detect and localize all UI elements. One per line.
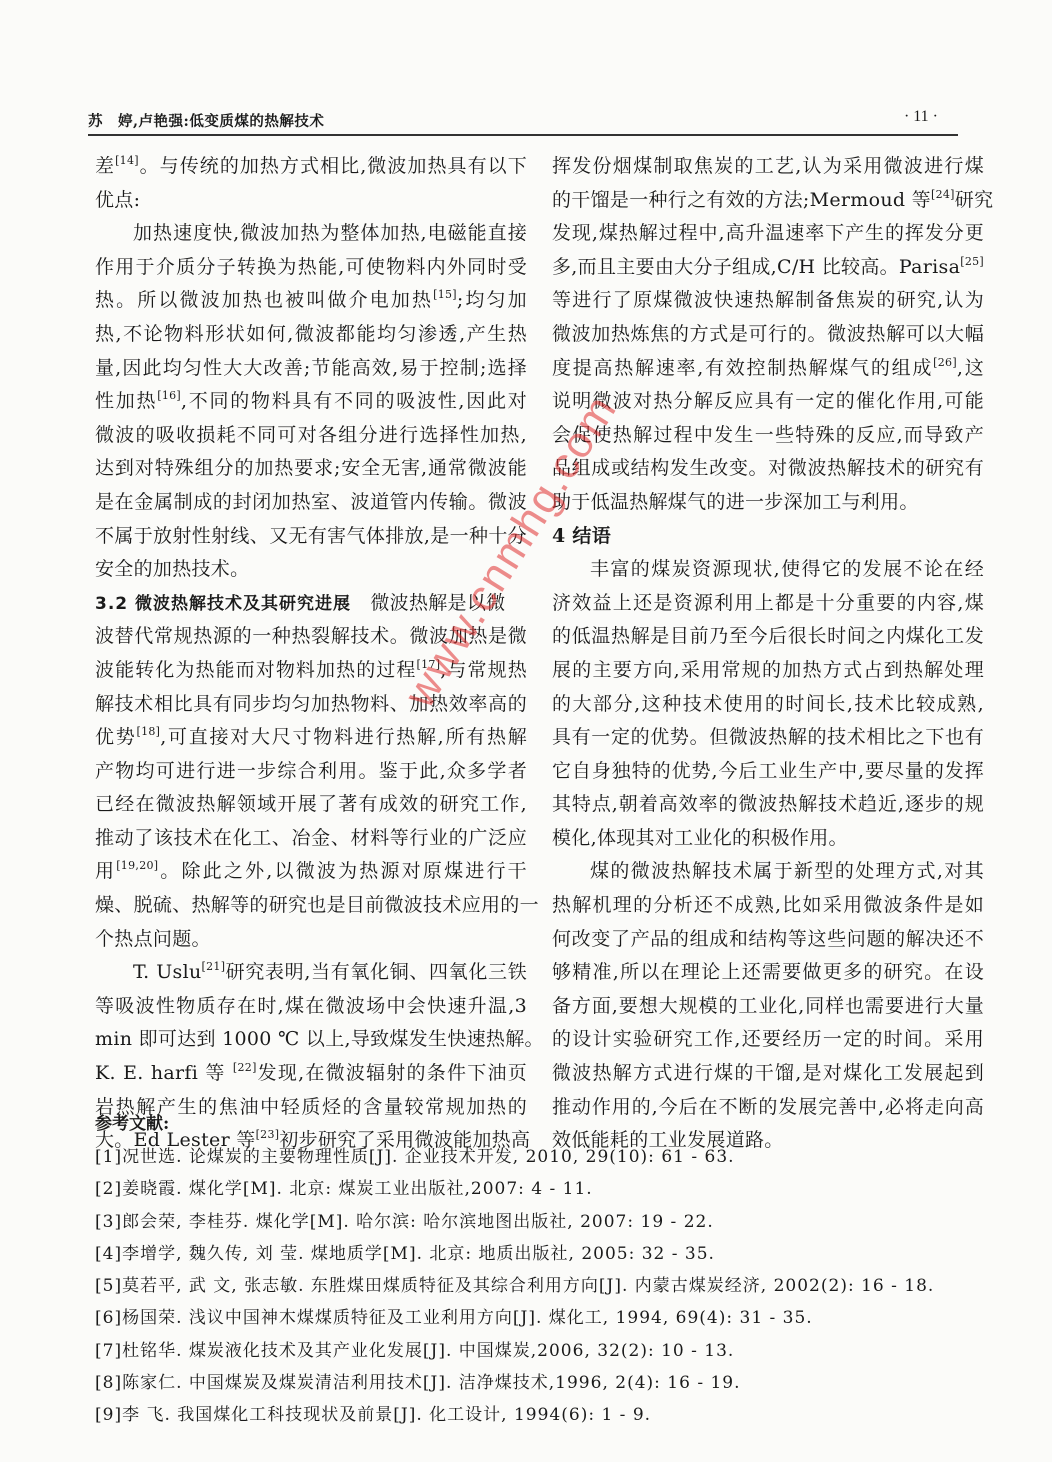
line-text-tail: ,与常规热 [440, 659, 527, 681]
line-text: 用 [95, 860, 116, 882]
text-line: 优势[18],可直接对大尺寸物料进行热解,所有热解 [95, 721, 527, 755]
text-line: 助于低温热解煤气的进一步深加工与利用。 [552, 486, 984, 520]
reference-item: [4]李增学, 魏久传, 刘 莹. 煤地质学[M]. 北京: 地质出版社, 20… [95, 1238, 975, 1270]
citation-marker: [21] [202, 960, 226, 973]
line-text-tail: 。与传统的加热方式相比,微波加热具有以下 [139, 155, 527, 177]
reference-item: [6]杨国荣. 浅议中国神木煤煤质特征及工业利用方向[J]. 煤化工, 1994… [95, 1302, 975, 1334]
text-line: 够精准,所以在理论上还需要做更多的研究。在设 [552, 956, 984, 990]
line-text: 量,因此均匀性大大改善;节能高效,易于控制;选择 [95, 357, 527, 379]
line-text: 优势 [95, 726, 136, 748]
line-text: 具有一定的优势。但微波热解的技术相比之下也有 [552, 726, 984, 748]
line-text: 热,不论物料形状如何,微波都能均匀渗透,产生热 [95, 323, 527, 345]
text-line: 用[19,20]。除此之外,以微波为热源对原煤进行干 [95, 855, 527, 889]
line-text: 其特点,朝着高效率的微波热解技术趋近,逐步的规 [552, 793, 984, 815]
text-line: 的低温热解是目前乃至今后很长时间之内煤化工发 [552, 620, 984, 654]
line-text: 煤的微波热解技术属于新型的处理方式,对其 [590, 860, 984, 882]
text-line: 热。所以微波加热也被叫做介电加热[15];均匀加 [95, 284, 527, 318]
text-line: 微波热解方式进行煤的干馏,是对煤化工发展起到 [552, 1057, 984, 1091]
text-line: 它自身独特的优势,今后工业生产中,要尽量的发挥 [552, 755, 984, 789]
text-line: 煤的微波热解技术属于新型的处理方式,对其 [552, 855, 984, 889]
line-text: 推动了该技术在化工、冶金、材料等行业的广泛应 [95, 827, 527, 849]
line-text: 会促使热解过程中发生一些特殊的反应,而导致产 [552, 424, 984, 446]
text-line: 微波的吸收损耗不同可对各组分进行选择性加热, [95, 419, 527, 453]
text-line: 其特点,朝着高效率的微波热解技术趋近,逐步的规 [552, 788, 984, 822]
line-text: 的干馏是一种行之有效的方法;Mermoud 等 [552, 189, 931, 211]
line-text: 微波的吸收损耗不同可对各组分进行选择性加热, [95, 424, 527, 446]
left-column: 差[14]。与传统的加热方式相比,微波加热具有以下优点:加热速度快,微波加热为整… [95, 150, 527, 1158]
line-text: 模化,体现其对工业化的积极作用。 [552, 827, 848, 849]
line-text: 助于低温热解煤气的进一步深加工与利用。 [552, 491, 919, 513]
text-line: 品组成或结构发生改变。对微波热解技术的研究有 [552, 452, 984, 486]
line-text-tail: 发现,在微波辐射的条件下油页 [257, 1062, 527, 1084]
text-line: 达到对特殊组分的加热要求;安全无害,通常微波能 [95, 452, 527, 486]
text-line: 何改变了产品的组成和结构等这些问题的解决还不 [552, 923, 984, 957]
text-line: 热,不论物料形状如何,微波都能均匀渗透,产生热 [95, 318, 527, 352]
text-line: 安全的加热技术。 [95, 553, 527, 587]
text-line: 挥发份烟煤制取焦炭的工艺,认为采用微波进行煤 [552, 150, 984, 184]
text-line: 的设计实验研究工作,还要经历一定的时间。采用 [552, 1023, 984, 1057]
text-line: 推动了该技术在化工、冶金、材料等行业的广泛应 [95, 822, 527, 856]
references-list: [1]况世选. 论煤炭的主要物理性质[J]. 企业技术开发, 2010, 29(… [95, 1141, 975, 1432]
text-line: 发现,煤热解过程中,高升温速率下产生的挥发分更 [552, 217, 984, 251]
line-text: 微波加热炼焦的方式是可行的。微波热解可以大幅 [552, 323, 984, 345]
reference-item: [1]况世选. 论煤炭的主要物理性质[J]. 企业技术开发, 2010, 29(… [95, 1141, 975, 1173]
line-text: 度提高热解速率,有效控制热解煤气的组成 [552, 357, 933, 379]
line-text: 热解机理的分析还不成熟,比如采用微波条件是如 [552, 894, 984, 916]
text-line: 燥、脱硫、热解等的研究也是目前微波技术应用的一 [95, 889, 527, 923]
citation-marker: [24] [931, 188, 955, 201]
page-number: · 11 · [904, 108, 938, 126]
line-text: 波能转化为热能而对物料加热的过程 [95, 659, 417, 681]
line-text: 说明微波对热分解反应具有一定的催化作用,可能 [552, 390, 984, 412]
text-line: 4 结语 [552, 520, 984, 554]
line-text: 热。所以微波加热也被叫做介电加热 [95, 289, 433, 311]
line-text: 是在金属制成的封闭加热室、波道管内传输。微波 [95, 491, 527, 513]
text-line: 是在金属制成的封闭加热室、波道管内传输。微波 [95, 486, 527, 520]
line-text: 波替代常规热源的一种热裂解技术。微波加热是微 [95, 625, 527, 647]
line-text: 个热点问题。 [95, 928, 211, 950]
reference-item: [7]杜铭华. 煤炭液化技术及其产业化发展[J]. 中国煤炭,2006, 32(… [95, 1335, 975, 1367]
citation-marker: [14] [115, 154, 139, 167]
text-line: 解技术相比具有同步均匀加热物料、加热效率高的 [95, 688, 527, 722]
line-text: 达到对特殊组分的加热要求;安全无害,通常微波能 [95, 457, 527, 479]
text-line: 波能转化为热能而对物料加热的过程[17],与常规热 [95, 654, 527, 688]
line-text: 的设计实验研究工作,还要经历一定的时间。采用 [552, 1028, 984, 1050]
text-line: 济效益上还是资源利用上都是十分重要的内容,煤 [552, 587, 984, 621]
right-column: 挥发份烟煤制取焦炭的工艺,认为采用微波进行煤的干馏是一种行之有效的方法;Merm… [552, 150, 984, 1158]
section-heading: 3.2 微波热解技术及其研究进展 [95, 594, 351, 614]
line-text: 展的主要方向,采用常规的加热方式占到热解处理 [552, 659, 984, 681]
citation-marker: [18] [136, 725, 160, 738]
text-line: 3.2 微波热解技术及其研究进展 微波热解是以微 [95, 587, 527, 621]
line-text: 产物均可进行进一步综合利用。鉴于此,众多学者 [95, 760, 527, 782]
line-text-tail: 研究 [955, 189, 994, 211]
text-line: 丰富的煤炭资源现状,使得它的发展不论在经 [552, 553, 984, 587]
text-line: 个热点问题。 [95, 923, 527, 957]
line-text: 不属于放射性射线、又无有害气体排放,是一种十分 [95, 525, 527, 547]
text-line: 等进行了原煤微波快速热解制备焦炭的研究,认为 [552, 284, 984, 318]
text-line: 的干馏是一种行之有效的方法;Mermoud 等[24]研究 [552, 184, 984, 218]
line-text-tail: ,可直接对大尺寸物料进行热解,所有热解 [160, 726, 527, 748]
line-text: 优点: [95, 189, 140, 211]
text-line: 备方面,要想大规模的工业化,同样也需要进行大量 [552, 990, 984, 1024]
line-text: 4 结语 [552, 525, 611, 547]
line-text: 何改变了产品的组成和结构等这些问题的解决还不 [552, 928, 984, 950]
line-text: 加热速度快,微波加热为整体加热,电磁能直接 [133, 222, 527, 244]
line-text-tail: 研究表明,当有氧化铜、四氧化三铁 [225, 961, 527, 983]
line-text: K. E. harfi 等 [95, 1062, 233, 1084]
line-text: 它自身独特的优势,今后工业生产中,要尽量的发挥 [552, 760, 984, 782]
text-line: 说明微波对热分解反应具有一定的催化作用,可能 [552, 385, 984, 419]
text-line: 加热速度快,微波加热为整体加热,电磁能直接 [95, 217, 527, 251]
reference-item: [8]陈家仁. 中国煤炭及煤炭清洁利用技术[J]. 洁净煤技术,1996, 2(… [95, 1367, 975, 1399]
line-text: 备方面,要想大规模的工业化,同样也需要进行大量 [552, 995, 984, 1017]
running-header: 苏 婷,卢艳强:低变质煤的热解技术 · 11 · [88, 104, 958, 136]
text-line: K. E. harfi 等 [22]发现,在微波辐射的条件下油页 [95, 1057, 527, 1091]
text-line: 已经在微波热解领域开展了著有成效的研究工作, [95, 788, 527, 822]
line-text: 品组成或结构发生改变。对微波热解技术的研究有 [552, 457, 984, 479]
text-line: 度提高热解速率,有效控制热解煤气的组成[26],这 [552, 352, 984, 386]
line-text: 等进行了原煤微波快速热解制备焦炭的研究,认为 [552, 289, 984, 311]
text-line: 量,因此均匀性大大改善;节能高效,易于控制;选择 [95, 352, 527, 386]
citation-marker: [22] [233, 1061, 257, 1074]
text-line: T. Uslu[21]研究表明,当有氧化铜、四氧化三铁 [95, 956, 527, 990]
line-text: 丰富的煤炭资源现状,使得它的发展不论在经 [590, 558, 984, 580]
text-line: 热解机理的分析还不成熟,比如采用微波条件是如 [552, 889, 984, 923]
line-text: 的大部分,这种技术使用的时间长,技术比较成熟, [552, 693, 984, 715]
text-line: 会促使热解过程中发生一些特殊的反应,而导致产 [552, 419, 984, 453]
line-text: 已经在微波热解领域开展了著有成效的研究工作, [95, 793, 527, 815]
line-text: 微波热解是以微 [370, 592, 505, 614]
text-line: 性加热[16],不同的物料具有不同的吸波性,因此对 [95, 385, 527, 419]
line-text: 发现,煤热解过程中,高升温速率下产生的挥发分更 [552, 222, 984, 244]
line-text: 多,而且主要由大分子组成,C/H 比较高。Parisa [552, 256, 960, 278]
line-text: T. Uslu [133, 961, 202, 983]
citation-marker: [15] [433, 288, 457, 301]
citation-marker: [19,20] [116, 859, 158, 872]
citation-marker: [25] [960, 255, 984, 268]
line-text: 解技术相比具有同步均匀加热物料、加热效率高的 [95, 693, 527, 715]
text-line: 差[14]。与传统的加热方式相比,微波加热具有以下 [95, 150, 527, 184]
text-line: 产物均可进行进一步综合利用。鉴于此,众多学者 [95, 755, 527, 789]
line-text-tail: ;均匀加 [457, 289, 527, 311]
text-line: 波替代常规热源的一种热裂解技术。微波加热是微 [95, 620, 527, 654]
text-line: 多,而且主要由大分子组成,C/H 比较高。Parisa[25] [552, 251, 984, 285]
text-line: 不属于放射性射线、又无有害气体排放,是一种十分 [95, 520, 527, 554]
reference-item: [5]莫若平, 武 文, 张志敏. 东胜煤田煤质特征及其综合利用方向[J]. 内… [95, 1270, 975, 1302]
citation-marker: [26] [933, 356, 957, 369]
line-text: 等吸波性物质存在时,煤在微波场中会快速升温,3 [95, 995, 527, 1017]
text-line: 等吸波性物质存在时,煤在微波场中会快速升温,3 [95, 990, 527, 1024]
reference-item: [9]李 飞. 我国煤化工科技现状及前景[J]. 化工设计, 1994(6): … [95, 1399, 975, 1431]
text-line: 模化,体现其对工业化的积极作用。 [552, 822, 984, 856]
line-text: 差 [95, 155, 115, 177]
citation-marker: [17] [417, 658, 441, 671]
text-line: 的大部分,这种技术使用的时间长,技术比较成熟, [552, 688, 984, 722]
line-text: 性加热 [95, 390, 157, 412]
reference-item: [2]姜晓霞. 煤化学[M]. 北京: 煤炭工业出版社,2007: 4 - 11… [95, 1173, 975, 1205]
line-text: 济效益上还是资源利用上都是十分重要的内容,煤 [552, 592, 984, 614]
text-line: 展的主要方向,采用常规的加热方式占到热解处理 [552, 654, 984, 688]
line-text-tail: ,这 [957, 357, 984, 379]
text-line: 具有一定的优势。但微波热解的技术相比之下也有 [552, 721, 984, 755]
text-line: 优点: [95, 184, 527, 218]
references-section: 参考文献: [1]况世选. 论煤炭的主要物理性质[J]. 企业技术开发, 201… [95, 1107, 975, 1432]
text-line: min 即可达到 1000 ℃ 以上,导致煤发生快速热解。 [95, 1023, 527, 1057]
running-header-title: 苏 婷,卢艳强:低变质煤的热解技术 [88, 110, 324, 131]
line-text: 作用于介质分子转换为热能,可使物料内外同时受 [95, 256, 527, 278]
line-text: 燥、脱硫、热解等的研究也是目前微波技术应用的一 [95, 894, 539, 916]
line-text: min 即可达到 1000 ℃ 以上,导致煤发生快速热解。 [95, 1028, 544, 1050]
line-text: 够精准,所以在理论上还需要做更多的研究。在设 [552, 961, 984, 983]
text-line: 作用于介质分子转换为热能,可使物料内外同时受 [95, 251, 527, 285]
line-text-tail: 。除此之外,以微波为热源对原煤进行干 [158, 860, 527, 882]
text-line: 微波加热炼焦的方式是可行的。微波热解可以大幅 [552, 318, 984, 352]
line-text: 安全的加热技术。 [95, 558, 249, 580]
reference-item: [3]郎会荣, 李桂芬. 煤化学[M]. 哈尔滨: 哈尔滨地图出版社, 2007… [95, 1206, 975, 1238]
references-heading: 参考文献: [95, 1107, 975, 1141]
line-text: 挥发份烟煤制取焦炭的工艺,认为采用微波进行煤 [552, 155, 984, 177]
line-text-tail: ,不同的物料具有不同的吸波性,因此对 [181, 390, 527, 412]
line-text: 的低温热解是目前乃至今后很长时间之内煤化工发 [552, 625, 984, 647]
citation-marker: [16] [157, 389, 181, 402]
line-text: 微波热解方式进行煤的干馏,是对煤化工发展起到 [552, 1062, 984, 1084]
